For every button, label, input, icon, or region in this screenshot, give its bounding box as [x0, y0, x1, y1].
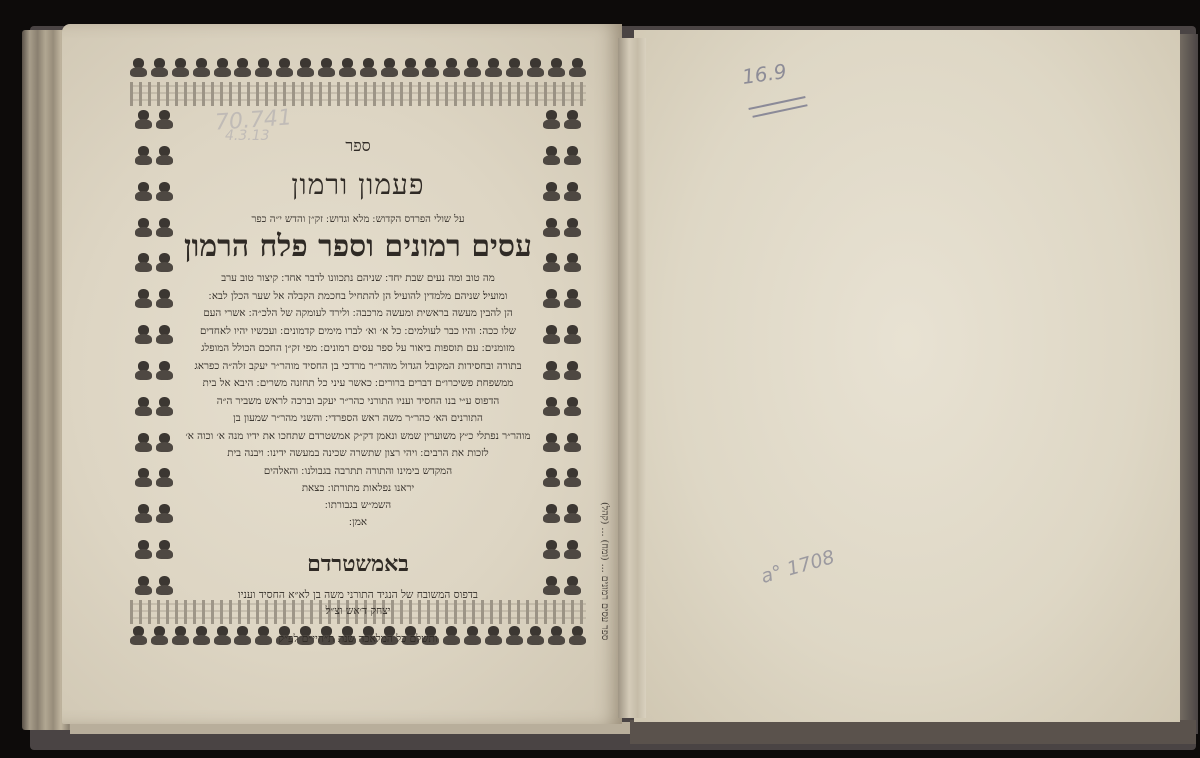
frame-left-busts: [136, 110, 172, 596]
faded-pencil-note-2: 4.3.13: [225, 128, 270, 144]
blank-facing-page: [634, 30, 1180, 722]
closing-lines: יראנו נפלאות מתורתו ׃ כצאת השמ״ש בגבורתו…: [174, 480, 542, 531]
book-gutter: [618, 38, 646, 718]
frame-right-busts: [544, 110, 580, 596]
imprint-year: ותשלם כל המלאכה שנת ת״חיי״ם לפ״ק: [174, 633, 542, 645]
main-title: פעמון ורמון: [174, 168, 542, 202]
closing-line: אמן ׃: [174, 514, 542, 531]
body-line: התורנים הא׳ כהר״ר משה ראש הספרדי ׃ והשני…: [178, 410, 538, 428]
body-line: הדפוס ע״י בנו החסיד ועניו התורני כהר״ר י…: [178, 393, 538, 411]
imprint-city: באמשטרדם: [174, 551, 542, 577]
subtitle: על שולי הפרדס הקדוש ׃ מלא וגדוש ׃ זק״ן ו…: [174, 214, 542, 225]
body-line: מזומנים ׃ עם תוספות ביאור על ספר עסים רמ…: [178, 340, 538, 358]
body-line: ממשפחת פשיכרו״ם דברים ברורים ׃ כאשר עיני…: [178, 375, 538, 393]
ornamental-frame: ספר פעמון ורמון על שולי הפרדס הקדוש ׃ מל…: [130, 58, 586, 648]
closing-line: יראנו נפלאות מתורתו ׃ כצאת: [174, 480, 542, 497]
closing-line: השמ״ש בגבורתו ׃: [174, 497, 542, 514]
body-line: המקדש בימינו והתורה תתרבה בגבולנו ׃ והאל…: [178, 463, 538, 481]
spine-bleed-text: ספר עסים רמונים ... (ומח) ... (קהל): [596, 120, 610, 640]
printer-line: בדפוס המשובח של הנגיד התורני משה בן לא״א…: [174, 587, 542, 603]
body-line: מה טוב ומה נעים שבת יחד ׃ שניהם נתכוונו …: [178, 270, 538, 288]
body-line: ומועיל׃ שניהם מלמדין להועיל׃ הן להתחיל ב…: [178, 288, 538, 306]
body-line: לזכות את הרבים ׃ ויהי רצון שתשרה שכינה ב…: [178, 445, 538, 463]
description-paragraph: מה טוב ומה נעים שבת יחד ׃ שניהם נתכוונו …: [174, 270, 542, 480]
title-page-text: ספר פעמון ורמון על שולי הפרדס הקדוש ׃ מל…: [174, 118, 542, 588]
printer-statement: בדפוס המשובח של הנגיד התורני משה בן לא״א…: [174, 587, 542, 619]
body-line: שלו ככה ׃ והיו כבר לעולמים ׃ כל א׳ וא׳ ל…: [178, 323, 538, 341]
body-line: בתורה ובחסידות המקובל הגדול מוהר״ר מרדכי…: [178, 358, 538, 376]
cover-edge-bottom: [630, 720, 1196, 744]
printer-line: יצחק ד׳אש וצ״ל׃: [174, 603, 542, 619]
frame-top-busts: [130, 58, 586, 80]
frame-top-scrollwork: [130, 82, 586, 106]
large-title: עסים רמונים וספר פלח הרמון: [174, 229, 542, 264]
body-line: הן להבין מעשה בראשית ומעשה מרכבה ׃ ולירד…: [178, 305, 538, 323]
body-line: מוהר״ר נפתלי כ״ץ משוערין שמש ונאמן דק״ק …: [178, 428, 538, 446]
